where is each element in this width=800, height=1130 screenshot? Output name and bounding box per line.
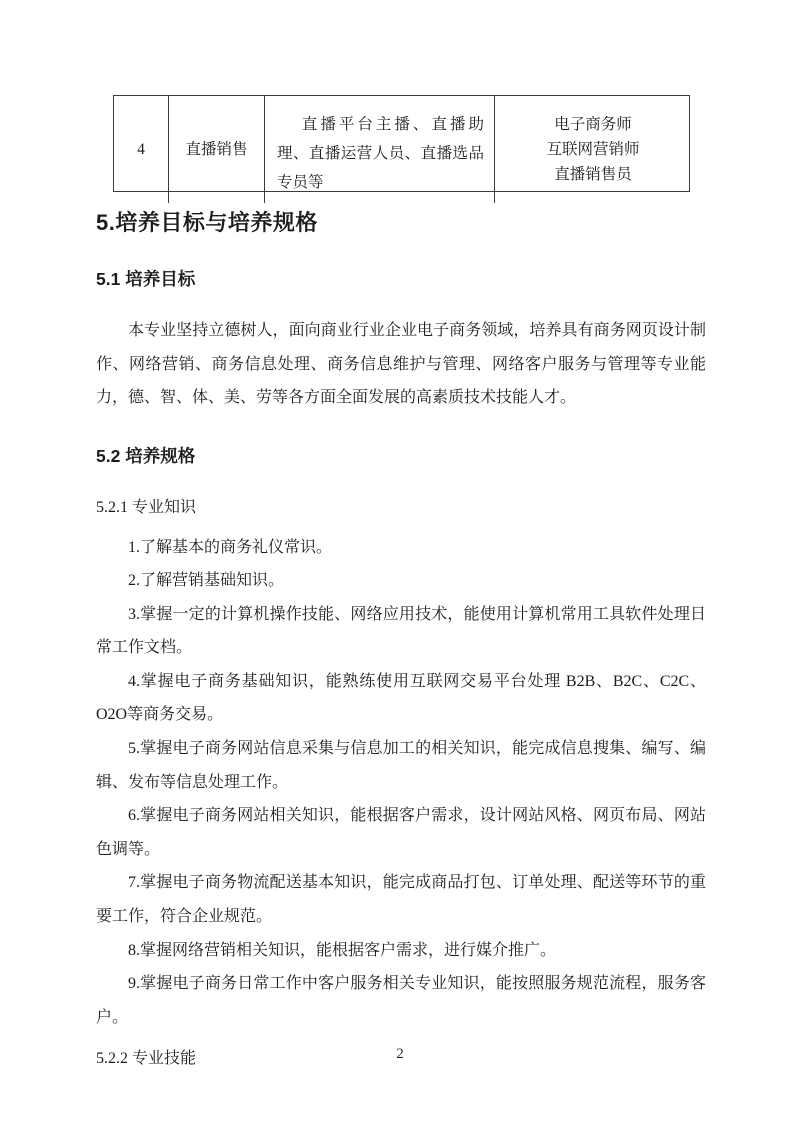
section-heading-5: 5.培养目标与培养规格 — [96, 208, 706, 238]
certificate-line: 互联网营销师 — [546, 137, 639, 162]
table-cell-jobs: 直播平台主播、直播助理、直播运营人员、直播选品专员等 — [264, 96, 494, 203]
knowledge-item: 7.掌握电子商务物流配送基本知识，能完成商品打包、订单处理、配送等环节的重要工作… — [96, 866, 706, 933]
knowledge-item: 8.掌握网络营销相关知识，能根据客户需求，进行媒介推广。 — [96, 934, 706, 968]
knowledge-item: 6.掌握电子商务网站相关知识，能根据客户需求，设计网站风格、网页布局、网站色调等… — [96, 799, 706, 866]
knowledge-item: 5.掌握电子商务网站信息采集与信息加工的相关知识，能完成信息搜集、编写、编辑、发… — [96, 732, 706, 799]
knowledge-item: 1.了解基本的商务礼仪常识。 — [96, 531, 706, 565]
goal-paragraph: 本专业坚持立德树人，面向商业行业企业电子商务领域，培养具有商务网页设计制作、网络… — [96, 314, 706, 415]
table-cell-index: 4 — [114, 96, 168, 203]
knowledge-items-list: 1.了解基本的商务礼仪常识。 2.了解营销基础知识。 3.掌握一定的计算机操作技… — [96, 531, 706, 1035]
knowledge-item: 3.掌握一定的计算机操作技能、网络应用技术，能使用计算机常用工具软件处理日常工作… — [96, 598, 706, 665]
section-heading-5-2-1: 5.2.1 专业知识 — [96, 497, 706, 519]
section-heading-5-2: 5.2 培养规格 — [96, 444, 706, 468]
document-body: 5.培养目标与培养规格 5.1 培养目标 本专业坚持立德树人，面向商业行业企业电… — [96, 192, 706, 1070]
certificate-line: 直播销售员 — [554, 162, 632, 187]
knowledge-item: 4.掌握电子商务基础知识，能熟练使用互联网交易平台处理 B2B、B2C、C2C、… — [96, 665, 706, 732]
knowledge-item: 2.了解营销基础知识。 — [96, 564, 706, 598]
section-heading-5-1: 5.1 培养目标 — [96, 267, 706, 291]
table-cell-direction: 直播销售 — [168, 96, 264, 203]
table-cell-certificates: 电子商务师 互联网营销师 直播销售员 — [494, 96, 691, 203]
knowledge-item: 9.掌握电子商务日常工作中客户服务相关专业知识，能按照服务规范流程，服务客户。 — [96, 967, 706, 1034]
job-positions-table: 4 直播销售 直播平台主播、直播助理、直播运营人员、直播选品专员等 电子商务师 … — [113, 95, 690, 192]
certificate-line: 电子商务师 — [554, 112, 632, 137]
document-page: 4 直播销售 直播平台主播、直播助理、直播运营人员、直播选品专员等 电子商务师 … — [0, 0, 800, 1130]
page-number: 2 — [0, 1046, 800, 1063]
